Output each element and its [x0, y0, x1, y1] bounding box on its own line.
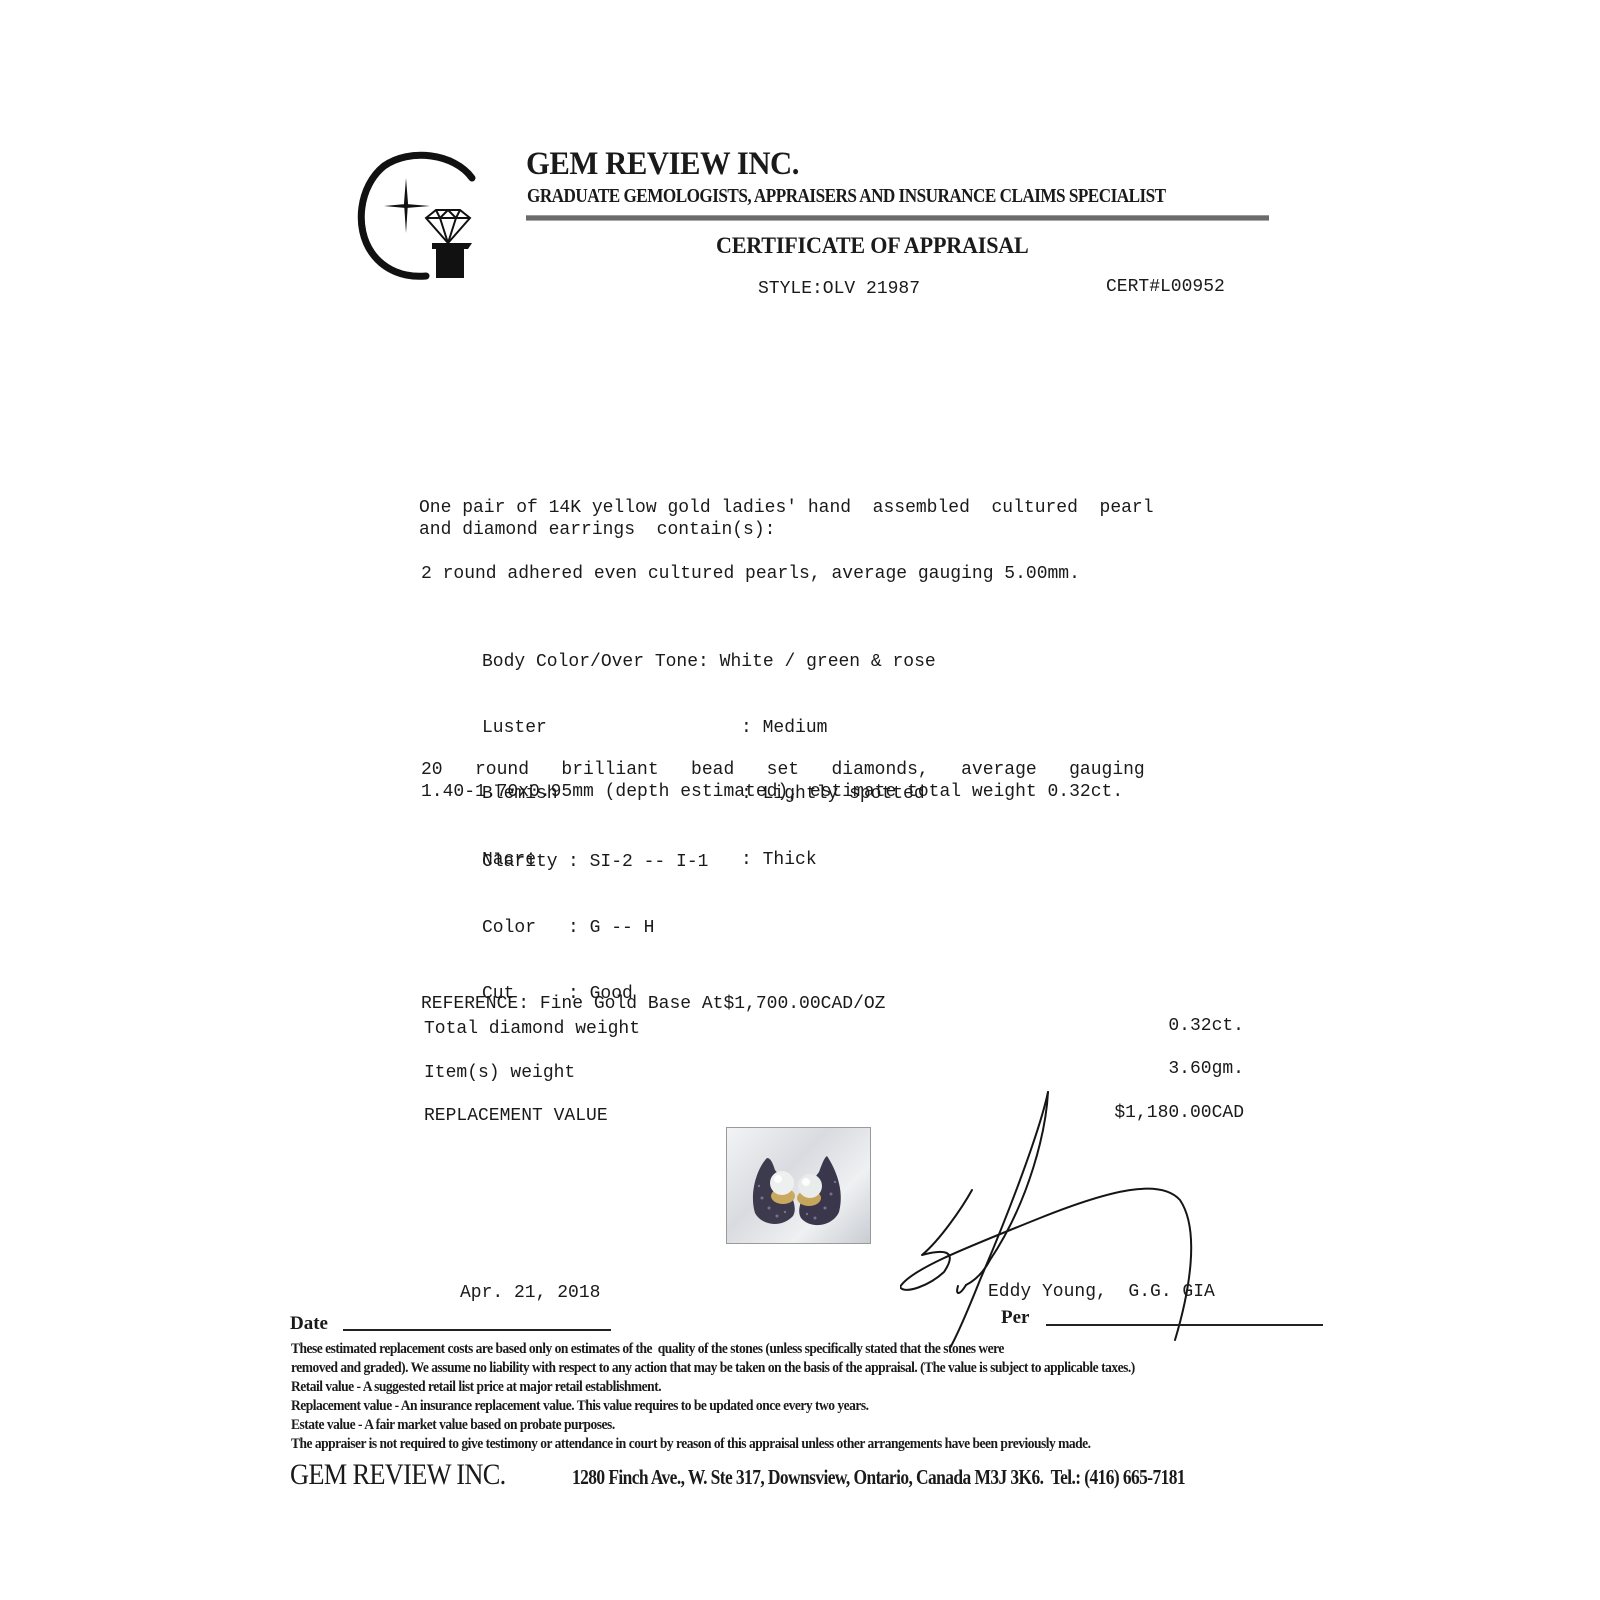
diamond-attribute-row: Clarity: SI-2 -- I-1 — [482, 851, 708, 873]
appraiser-name: Eddy Young, G.G. GIA — [988, 1282, 1215, 1302]
item-description-line: and diamond earrings contain(s): — [419, 519, 1154, 541]
replacement-value: $1,180.00CAD — [1114, 1102, 1244, 1124]
date-line — [343, 1329, 611, 1331]
attribute-separator: : — [568, 918, 579, 938]
attribute-label: Color — [482, 917, 568, 939]
disclaimer-line: These estimated replacement costs are ba… — [291, 1341, 1004, 1358]
per-label: Per — [1001, 1307, 1029, 1329]
diamond-summary-line: 20 round brilliant bead set diamonds, av… — [421, 759, 1145, 781]
earring-photo — [726, 1127, 871, 1244]
pearl-attribute-row: Luster: Medium — [482, 717, 936, 739]
valuation-value: 0.32ct. — [1168, 1015, 1244, 1037]
diamond-attribute-row: Color: G -- H — [482, 917, 708, 939]
pearl-attribute-row: Body Color/Over Tone: White / green & ro… — [482, 651, 936, 673]
attribute-label: Luster — [482, 717, 741, 739]
valuation-label: Item(s) weight — [424, 1062, 575, 1084]
date-label: Date — [290, 1313, 328, 1335]
attribute-value: Medium — [763, 718, 828, 738]
gold-reference: REFERENCE: Fine Gold Base At$1,700.00CAD… — [421, 993, 885, 1015]
attribute-value: Thick — [763, 850, 817, 870]
company-tagline: GRADUATE GEMOLOGISTS, APPRAISERS AND INS… — [527, 186, 1166, 208]
header-divider — [526, 215, 1269, 221]
footer-address: 1280 Finch Ave., W. Ste 317, Downsview, … — [572, 1465, 1185, 1490]
disclaimer-line: removed and graded). We assume no liabil… — [291, 1360, 1135, 1377]
item-description: One pair of 14K yellow gold ladies' hand… — [419, 475, 1154, 563]
certificate-number: CERT#L00952 — [1106, 277, 1225, 297]
pearl-summary: 2 round adhered even cultured pearls, av… — [421, 563, 1080, 585]
signature-mark-icon — [900, 1090, 1220, 1350]
attribute-value: SI-2 -- I-1 — [590, 852, 709, 872]
footer-company-name: GEM REVIEW INC. — [290, 1458, 506, 1492]
style-number: STYLE:OLV 21987 — [758, 279, 920, 299]
attribute-label: Body Color/Over Tone — [482, 652, 698, 672]
attribute-value: G -- H — [590, 918, 655, 938]
item-description-line: One pair of 14K yellow gold ladies' hand… — [419, 497, 1154, 519]
diamond-summary-line: 1.40-1.70x0.95mm (depth estimated), esti… — [421, 781, 1145, 803]
earrings-image-icon — [727, 1128, 870, 1243]
attribute-label: Clarity — [482, 851, 568, 873]
document-title: CERTIFICATE OF APPRAISAL — [716, 233, 1029, 260]
attribute-separator: : — [568, 852, 579, 872]
appraisal-date: Apr. 21, 2018 — [460, 1283, 600, 1303]
disclaimer-line: Replacement value - An insurance replace… — [291, 1398, 868, 1415]
disclaimer-line: The appraiser is not required to give te… — [291, 1436, 1091, 1453]
attribute-separator: : — [698, 652, 709, 672]
attribute-separator: : — [741, 718, 752, 738]
valuation-value: 3.60gm. — [1168, 1058, 1244, 1080]
disclaimer-line: Retail value - A suggested retail list p… — [291, 1379, 661, 1396]
attribute-separator: : — [741, 850, 752, 870]
disclaimer-line: Estate value - A fair market value based… — [291, 1417, 615, 1434]
signature-line — [1046, 1324, 1323, 1326]
valuation-label: REPLACEMENT VALUE — [424, 1105, 608, 1127]
attribute-value: White / green & rose — [720, 652, 936, 672]
valuation-label: Total diamond weight — [424, 1018, 640, 1040]
company-logo-icon — [354, 148, 484, 283]
company-name: GEM REVIEW INC. — [526, 146, 799, 183]
